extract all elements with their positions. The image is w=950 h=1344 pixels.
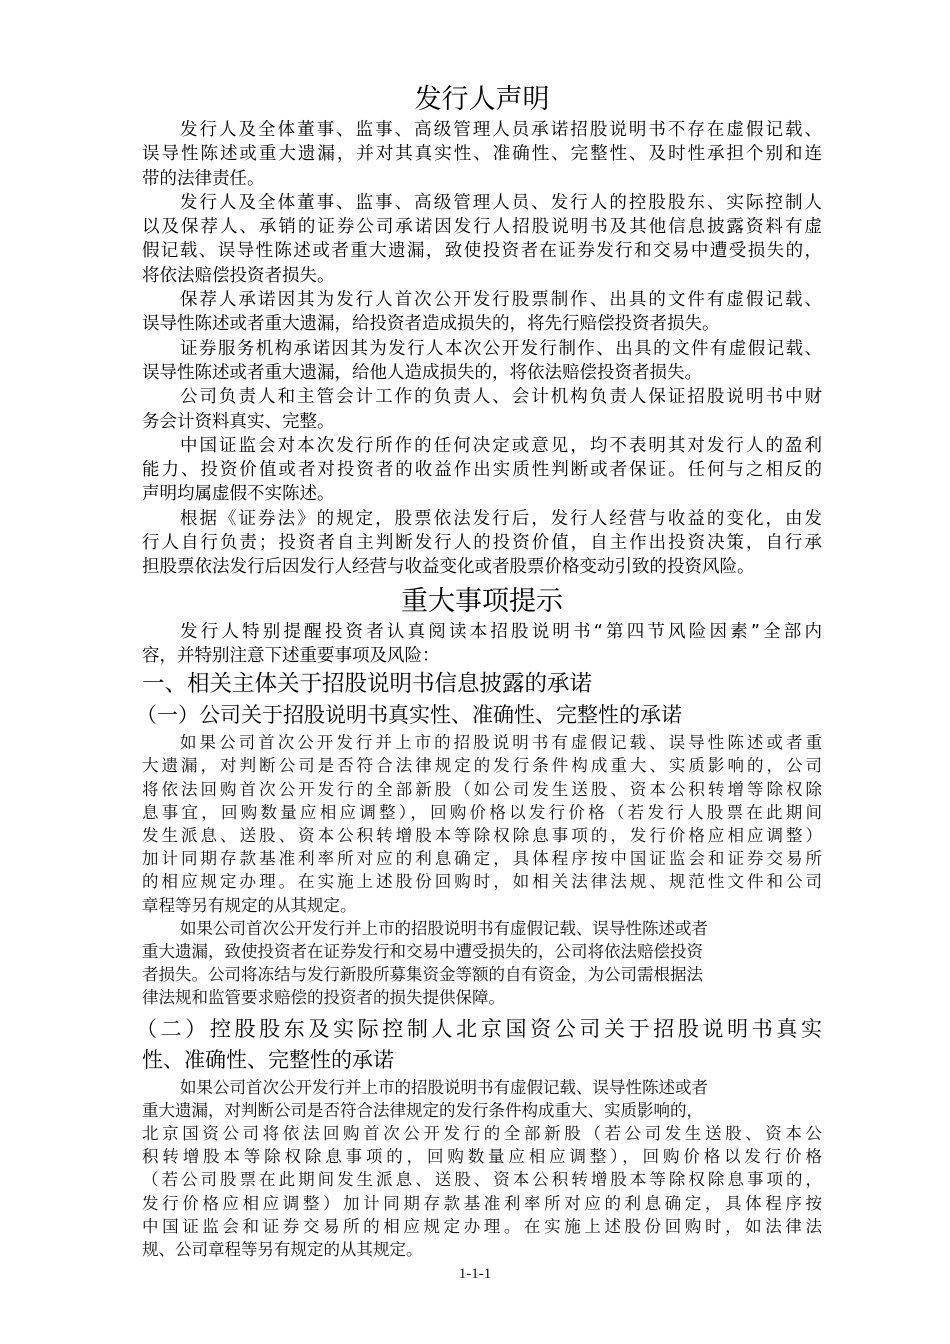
text-line: 发行价格应相应调整）加计同期存款基准利率所对应的利息确定，具体程序按 — [142, 1192, 822, 1215]
declaration-body: 发行人及全体董事、监事、高级管理人员承诺招股说明书不存在虚假记载、 误导性陈述或… — [142, 118, 822, 580]
declaration-paragraph-1: 发行人及全体董事、监事、高级管理人员承诺招股说明书不存在虚假记载、 误导性陈述或… — [142, 118, 822, 191]
text-line: 发行人及全体董事、监事、高级管理人员、发行人的控股股东、实际控制人 — [142, 191, 822, 215]
page-content: 发行人声明 发行人及全体董事、监事、高级管理人员承诺招股说明书不存在虚假记载、 … — [142, 82, 822, 1261]
major-matters-title: 重大事项提示 — [142, 584, 822, 620]
text-line: 如果公司首次公开发行并上市的招股说明书有虚假记载、误导性陈述或者重 — [142, 731, 822, 754]
text-line: 容，并特别注意下述重要事项及风险： — [142, 644, 822, 668]
text-line: 证券服务机构承诺因其为发行人本次公开发行制作、出具的文件有虚假记载、 — [142, 337, 822, 361]
subsection-1-paragraph-2: 如果公司首次公开发行并上市的招股说明书有虚假记载、误导性陈述或者 重大遗漏，致使… — [142, 917, 822, 1010]
heading-line: 性、准确性、完整性的承诺 — [136, 1045, 822, 1076]
text-line: 如果公司首次公开发行并上市的招股说明书有虚假记载、误导性陈述或者 — [142, 1076, 822, 1099]
text-line: 重大遗漏，致使投资者在证券发行和交易中遭受损失的，公司将依法赔偿投资 — [142, 940, 822, 963]
text-line: 根据《证券法》的规定，股票依法发行后，发行人经营与收益的变化，由发 — [142, 507, 822, 531]
text-line: 重大遗漏，对判断公司是否符合法律规定的发行条件构成重大、实质影响的， — [142, 1099, 822, 1122]
text-line: 将依法回购首次公开发行的全部新股（如公司发生送股、资本公积转增等除权除 — [142, 778, 822, 801]
subsection-2-paragraph-1: 如果公司首次公开发行并上市的招股说明书有虚假记载、误导性陈述或者 重大遗漏，对判… — [142, 1076, 822, 1262]
text-line: 误导性陈述或者重大遗漏，给投资者造成损失的，将先行赔偿投资者损失。 — [142, 312, 822, 336]
declaration-paragraph-2: 发行人及全体董事、监事、高级管理人员、发行人的控股股东、实际控制人 以及保荐人、… — [142, 191, 822, 288]
declaration-paragraph-5: 公司负责人和主管会计工作的负责人、会计机构负责人保证招股说明书中财 务会计资料真… — [142, 385, 822, 434]
text-line: 积转增股本等除权除息事项的，回购数量应相应调整），回购价格以发行价格 — [142, 1145, 822, 1168]
text-line: 保荐人承诺因其为发行人首次公开发行股票制作、出具的文件有虚假记载、 — [142, 288, 822, 312]
declaration-paragraph-3: 保荐人承诺因其为发行人首次公开发行股票制作、出具的文件有虚假记载、 误导性陈述或… — [142, 288, 822, 337]
text-line: 发行人及全体董事、监事、高级管理人员承诺招股说明书不存在虚假记载、 — [142, 118, 822, 142]
text-line: 章程等另有规定的从其规定。 — [142, 894, 822, 917]
text-line: 声明均属虚假不实陈述。 — [142, 482, 822, 506]
subsection-1-paragraph-1: 如果公司首次公开发行并上市的招股说明书有虚假记载、误导性陈述或者重 大遗漏，对判… — [142, 731, 822, 917]
subsection-heading-1: （一）公司关于招股说明书真实性、准确性、完整性的承诺 — [136, 700, 822, 731]
text-line: 中国证监会对本次发行所作的任何决定或意见，均不表明其对发行人的盈利 — [142, 434, 822, 458]
document-page: 发行人声明 发行人及全体董事、监事、高级管理人员承诺招股说明书不存在虚假记载、 … — [0, 0, 950, 1344]
text-line: 者损失。公司将冻结与发行新股所募集资金等额的自有资金，为公司需根据法 — [142, 963, 822, 986]
text-line: 务会计资料真实、完整。 — [142, 410, 822, 434]
text-line: 的相应规定办理。在实施上述股份回购时，如相关法律法规、规范性文件和公司 — [142, 870, 822, 893]
text-line: 担股票依法发行后因发行人经营与收益变化或者股票价格变动引致的投资风险。 — [142, 555, 822, 579]
text-line: 北京国资公司将依法回购首次公开发行的全部新股（若公司发生送股、资本公 — [142, 1122, 822, 1145]
text-line: 能力、投资价值或者对投资者的收益作出实质性判断或者保证。任何与之相反的 — [142, 458, 822, 482]
declaration-title: 发行人声明 — [142, 82, 822, 118]
text-line: 中国证监会和证券交易所的相应规定办理。在实施上述股份回购时，如法律法 — [142, 1215, 822, 1238]
section-heading-1: 一、相关主体关于招股说明书信息披露的承诺 — [142, 668, 822, 700]
heading-line: （二）控股股东及实际控制人北京国资公司关于招股说明书真实 — [136, 1014, 822, 1045]
text-line: （若公司股票在此期间发生派息、送股、资本公积转增股本等除权除息事项的， — [142, 1168, 822, 1191]
major-matters-intro: 发行人特别提醒投资者认真阅读本招股说明书“第四节风险因素”全部内 容，并特别注意… — [142, 620, 822, 669]
text-line: 大遗漏，对判断公司是否符合法律规定的发行条件构成重大、实质影响的，公司 — [142, 754, 822, 777]
text-line: 发生派息、送股、资本公积转增股本等除权除息事项的，发行价格应相应调整） — [142, 824, 822, 847]
declaration-paragraph-4: 证券服务机构承诺因其为发行人本次公开发行制作、出具的文件有虚假记载、 误导性陈述… — [142, 337, 822, 386]
text-line: 律法规和监管要求赔偿的投资者的损失提供保障。 — [142, 986, 822, 1009]
text-line: 假记载、误导性陈述或者重大遗漏，致使投资者在证券发行和交易中遭受损失的， — [142, 239, 822, 263]
text-line: 加计同期存款基准利率所对应的利息确定，具体程序按中国证监会和证券交易所 — [142, 847, 822, 870]
text-line: 误导性陈述或者重大遗漏，给他人造成损失的，将依法赔偿投资者损失。 — [142, 361, 822, 385]
subsection-heading-2: （二）控股股东及实际控制人北京国资公司关于招股说明书真实 性、准确性、完整性的承… — [136, 1014, 822, 1076]
text-line: 以及保荐人、承销的证券公司承诺因发行人招股说明书及其他信息披露资料有虚 — [142, 215, 822, 239]
page-number: 1-1-1 — [0, 1266, 950, 1283]
text-line: 公司负责人和主管会计工作的负责人、会计机构负责人保证招股说明书中财 — [142, 385, 822, 409]
text-line: 将依法赔偿投资者损失。 — [142, 264, 822, 288]
declaration-paragraph-6: 中国证监会对本次发行所作的任何决定或意见，均不表明其对发行人的盈利 能力、投资价… — [142, 434, 822, 507]
text-line: 发行人特别提醒投资者认真阅读本招股说明书“第四节风险因素”全部内 — [142, 620, 822, 644]
text-line: 息事宜，回购数量应相应调整），回购价格以发行价格（若发行人股票在此期间 — [142, 801, 822, 824]
text-line: 误导性陈述或重大遗漏，并对其真实性、准确性、完整性、及时性承担个别和连 — [142, 142, 822, 166]
text-line: 行人自行负责；投资者自主判断发行人的投资价值，自主作出投资决策，自行承 — [142, 531, 822, 555]
declaration-paragraph-7: 根据《证券法》的规定，股票依法发行后，发行人经营与收益的变化，由发 行人自行负责… — [142, 507, 822, 580]
text-line: 带的法律责任。 — [142, 167, 822, 191]
text-line: 如果公司首次公开发行并上市的招股说明书有虚假记载、误导性陈述或者 — [142, 917, 822, 940]
text-line: 规、公司章程等另有规定的从其规定。 — [142, 1238, 822, 1261]
